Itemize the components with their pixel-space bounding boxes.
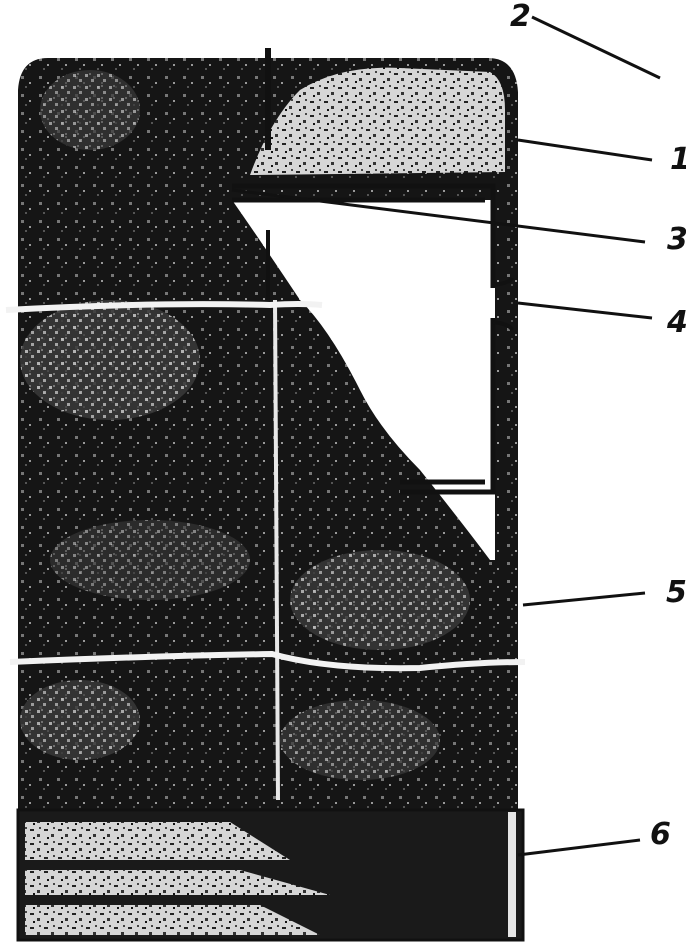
diagram-stage: 2 1 3 4 5 6	[0, 0, 686, 950]
callout-label-2: 2	[510, 2, 531, 32]
cutaway-diagram	[0, 0, 686, 950]
callout-label-3: 3	[667, 225, 686, 255]
callout-label-4: 4	[667, 308, 686, 338]
callout-label-5: 5	[666, 578, 686, 608]
callout-label-1: 1	[670, 145, 686, 175]
bottom-base	[18, 810, 523, 940]
callout-label-6: 6	[650, 820, 671, 850]
